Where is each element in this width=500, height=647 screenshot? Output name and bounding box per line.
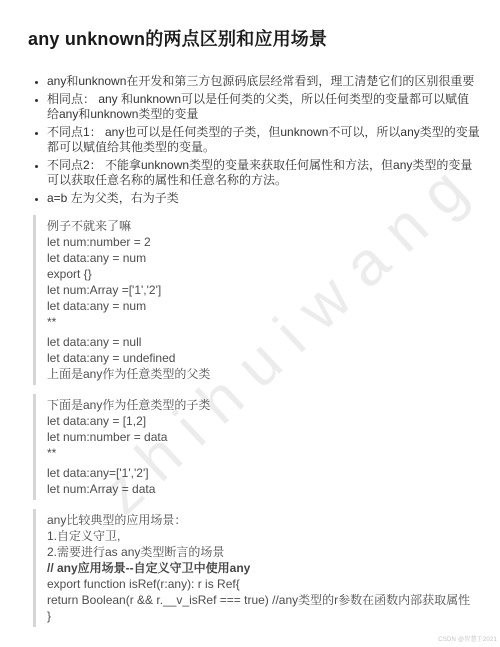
article-content: any unknown的两点区别和应用场景 any和unknown在开发和第三方… [0, 26, 500, 627]
article-page: any unknown的两点区别和应用场景 any和unknown在开发和第三方… [0, 0, 500, 647]
quote-line: 上面是any作为任意类型的父类 [47, 366, 474, 382]
csdn-copyright-watermark: CSDN @智慧王2021 [438, 634, 497, 643]
bullet-item-assignment-rule: a=b 左为父类，右为子类 [47, 191, 480, 206]
quote-line: let num:number = 2 [47, 234, 474, 250]
quote-line: 1.自定义守卫, [47, 528, 474, 544]
bullet-list: any和unknown在开发和第三方包源码底层经常看到，理工清楚它们的区别很重要… [28, 74, 480, 206]
quote-line-comment-bold: // any应用场景--自定义守卫中使用any [47, 560, 474, 576]
quote-line: let data:any=['1','2'] [47, 465, 474, 481]
quote-line: 下面是any作为任意类型的子类 [47, 397, 474, 413]
quote-line: 2.需要进行as any类型断言的场景 [47, 544, 474, 560]
page-title: any unknown的两点区别和应用场景 [28, 26, 480, 53]
quote-line: } [47, 608, 474, 624]
quote-line: let data:any = [1,2] [47, 413, 474, 429]
quote-line: let data:any = num [47, 250, 474, 266]
bullet-item-difference-1: 不同点1： any也可以是任何类型的子类，但unknown不可以，所以any类型… [47, 125, 480, 155]
quote-line: let data:any = null [47, 334, 474, 350]
bullet-item-intro: any和unknown在开发和第三方包源码底层经常看到，理工清楚它们的区别很重要 [47, 74, 480, 89]
quote-line-separator: ** [47, 445, 474, 461]
quote-line: let data:any = undefined [47, 350, 474, 366]
quote-line: let data:any = num [47, 298, 474, 314]
quote-block-use-cases: any比较典型的应用场景： 1.自定义守卫, 2.需要进行as any类型断言的… [33, 509, 480, 627]
quote-block-any-as-parent: 例子不就来了嘛 let num:number = 2 let data:any … [33, 215, 480, 385]
bullet-item-difference-2: 不同点2： 不能拿unknown类型的变量来获取任何属性和方法，但any类型的变… [47, 158, 480, 188]
quote-line: let num:Array =['1','2'] [47, 282, 474, 298]
quote-line: let num:Array = data [47, 481, 474, 497]
quote-line: export {} [47, 266, 474, 282]
quote-line: any比较典型的应用场景： [47, 512, 474, 528]
quote-line: 例子不就来了嘛 [47, 218, 474, 234]
quote-line-separator: ** [47, 314, 474, 330]
quote-block-any-as-child: 下面是any作为任意类型的子类 let data:any = [1,2] let… [33, 394, 480, 500]
bullet-item-similarity: 相同点： any 和unknown可以是任何类的父类，所以任何类型的变量都可以赋… [47, 92, 480, 122]
quote-line: return Boolean(r && r.__v_isRef === true… [47, 592, 474, 608]
quote-line: let num:number = data [47, 429, 474, 445]
quote-line: export function isRef(r:any): r is Ref{ [47, 576, 474, 592]
